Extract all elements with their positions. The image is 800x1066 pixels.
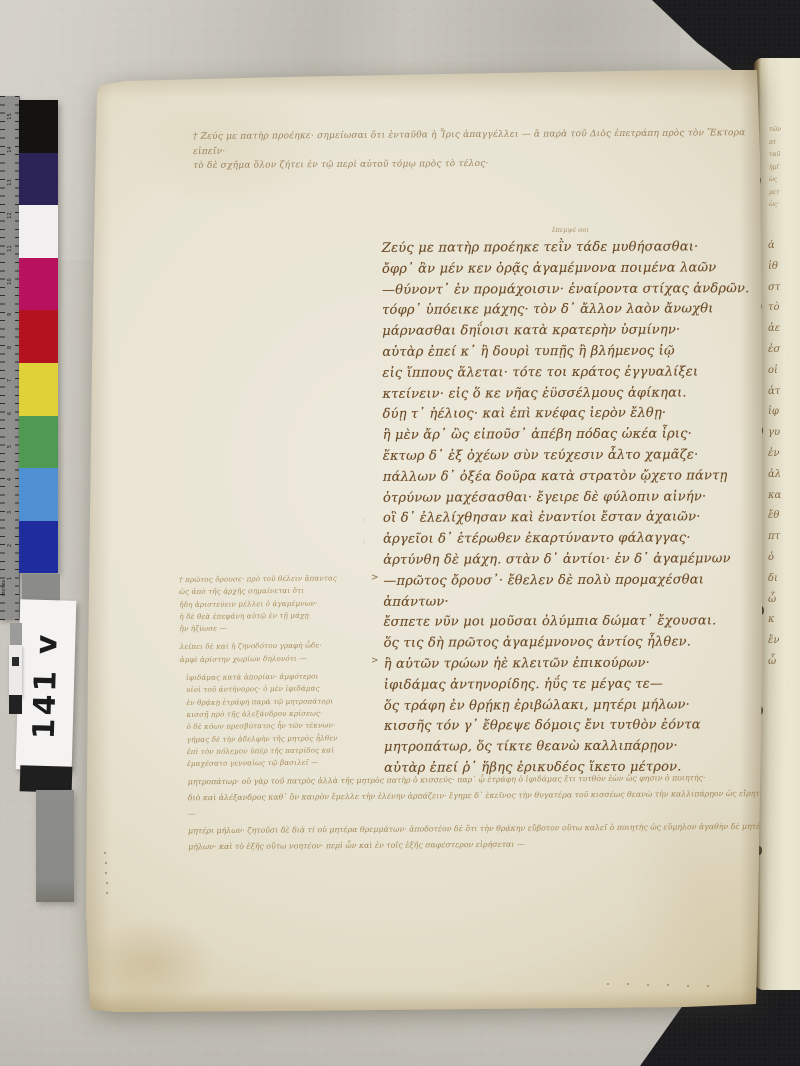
line-fragment: ὧ (768, 590, 781, 611)
folio-label: 141 v (16, 599, 77, 770)
interlinear-gloss: ἔπεμψέ σοι (552, 226, 589, 234)
verse-line: ὄφρ᾽ ἂν μέν κεν ὁρᾷς ἀγαμέμνονα ποιμένα … (382, 258, 754, 280)
facing-page-scholia-fragments: τῶνπτταῦἡμῖὡςμετὡς· (769, 124, 781, 212)
line-fragment: ἔθ (768, 506, 781, 527)
color-patch (19, 363, 58, 416)
scholion-line: ἐμαχέσατο γενναίως τῷ βασιλεῖ — (187, 756, 381, 770)
line-fragment: πτ (768, 527, 781, 548)
line-fragment: ἐσ (768, 340, 781, 361)
line-fragment: ἰθ (768, 257, 781, 278)
parchment-stain (86, 918, 216, 1008)
verse-line: —θύνοντ᾽ ἐν προμάχοισιν· ἐναίροντα στίχα… (382, 279, 754, 301)
label-clip-mark (12, 657, 19, 666)
verse-line: ἀργεῖοι δ᾽ ἑτέρωθεν ἐκαρτύναντο φάλαγγας… (383, 528, 755, 550)
line-fragment: τὸ (768, 298, 781, 319)
photographic-ruler: 151413121110987654321 inches (0, 96, 20, 620)
page-edge-shadow (84, 68, 114, 1016)
verse-line: τόφρ᾽ ὑπόεικε μάχης· τὸν δ᾽ ἄλλον λαὸν ἄ… (382, 300, 754, 322)
manuscript-photograph: { "photo": { "folio_label": "141 v", "ru… (0, 0, 800, 1066)
label-clip-tip (9, 695, 22, 714)
line-fragment: ἰφ (768, 402, 781, 423)
verse-line: κισσῆς τόν γ᾽ ἔθρεψε δόμοις ἔνι τυτθὸν ἐ… (384, 716, 756, 738)
facing-page-line-fragments: ἀἰθσττὸἀεἐσοἱἀτἰφγυἐνἀλκαἔθπτὀδιὧκἔνὦ (768, 236, 781, 673)
verse-line: ἀρτύνθη δὲ μάχη. στὰν δ᾽ ἀντίοι· ἐν δ᾽ ἀ… (383, 549, 755, 571)
pricking-dot (667, 984, 669, 986)
line-fragment: δι (768, 569, 781, 590)
label-stick-lower (36, 790, 74, 902)
pricking-dot (104, 852, 106, 854)
main-text-iliad: Ζεύς με πατὴρ προέηκε τεῒν τάδε μυθήσασθ… (382, 237, 756, 779)
color-patch (19, 153, 58, 206)
line-fragment: ἀτ (768, 382, 781, 403)
label-black-band (20, 765, 73, 792)
verse-line: ὅς τράφη ἐν θρῄκῃ ἐριβώλακι, μητέρι μήλω… (384, 695, 756, 717)
header-line-1: † Ζεύς με πατὴρ προέηκε· σημείωσαι ὅτι ἐ… (193, 126, 759, 159)
line-fragment: ἔν (768, 631, 781, 652)
line-fragment: κα (768, 486, 781, 507)
pricking-dot (607, 983, 609, 985)
header-line-2: τὸ δὲ σχῆμα ὅλον ζήτει ἐν τῷ περὶ αὐτοῦ … (193, 155, 759, 173)
margin-collation-mark: : (363, 537, 365, 545)
verse-line: ἢ αὐτῶν τρώων ἠὲ κλειτῶν ἐπικούρων· (384, 653, 756, 675)
pricking-dot (627, 983, 629, 985)
color-calibration-bar (19, 100, 58, 573)
line-fragment: ἀλ (768, 465, 781, 486)
ruler-unit-label: inches (1, 580, 7, 596)
scholion-block-3: ἰφιδάμας κατὰ ἀπορίαν· ἀμφότεροιυἱοὶ τοῦ… (180, 670, 381, 770)
scholion-block-2: λείπει δὲ καὶ ἡ ζηνοδότου γραφὴ ὧδε·ἀμφὶ… (180, 639, 380, 666)
scholion-fragment: ταῦ (769, 149, 781, 162)
verse-line: ἣ μὲν ἄρ᾽ ὣς εἰποῦσ᾽ ἀπέβη πόδας ὠκέα ἶρ… (383, 424, 755, 446)
pricking-dot (647, 984, 649, 986)
pricking-dot (106, 882, 108, 884)
color-patch (19, 100, 58, 153)
folio-number: 141 v (27, 631, 65, 740)
ruler-numbers: 151413121110987654321 (4, 100, 15, 596)
header-annotation: † Ζεύς με πατὴρ προέηκε· σημείωσαι ὅτι ἐ… (193, 126, 759, 173)
line-fragment: στ (768, 278, 781, 299)
scholion-fragment: ἡμῖ (769, 162, 781, 175)
line-fragment: γυ (768, 423, 781, 444)
verse-line: αὐτὰρ ἐπεί κ᾽ ἢ δουρὶ τυπῇς ἢ βλήμενος ἰ… (382, 341, 754, 363)
line-fragment: ὦ (768, 652, 781, 673)
verse-line: ὅς τις δὴ πρῶτος ἀγαμέμνονος ἀντίος ἦλθε… (384, 632, 756, 654)
pricking-dot (106, 892, 108, 894)
line-fragment: ὀ (768, 548, 781, 569)
scholion-fragment: μετ (769, 187, 781, 200)
verse-line: κτείνειν· εἰς ὅ κε νῆας ἐϋσσέλμους ἀφίκη… (382, 383, 754, 405)
pricking-dot (707, 985, 709, 987)
parchment: † Ζεύς με πατὴρ προέηκε· σημείωσαι ὅτι ἐ… (84, 68, 762, 1016)
color-patch (19, 521, 58, 574)
verse-line: ἔσπετε νῦν μοι μοῦσαι ὀλύμπια δώματ᾽ ἔχο… (383, 612, 755, 634)
color-patch (19, 468, 58, 521)
verse-line: μητροπάτωρ, ὅς τίκτε θεανὼ καλλιπάρῃον· (384, 736, 756, 758)
margin-collation-mark: : (363, 516, 365, 524)
verse-line: δύῃ τ᾽ ἠέλιος· καὶ ἐπὶ κνέφας ἱερὸν ἔλθῃ… (383, 404, 755, 426)
pricking-dot (687, 985, 689, 987)
verse-line: οἳ δ᾽ ἐλελίχθησαν καὶ ἐναντίοι ἔσταν ἀχα… (383, 508, 755, 530)
verse-line: ὀτρύνων μαχέσασθαι· ἔγειρε δὲ φύλοπιν αἰ… (383, 487, 755, 509)
scholion-block-1: † πρῶτος ὄρουσε· πρὸ τοῦ θέλειν ἅπανταςὡ… (179, 572, 380, 636)
label-clip (10, 623, 22, 647)
manuscript-page-141v: † Ζεύς με πατὴρ προέηκε· σημείωσαι ὅτι ἐ… (84, 68, 762, 1016)
scholion-line: ἣν ἠξίωσε — (179, 621, 379, 635)
line-fragment: ἀε (768, 319, 781, 340)
scholion-fragment: ὡς (769, 174, 781, 187)
color-patch (19, 258, 58, 311)
verse-line: μάρνασθαι δηΐοισι κατὰ κρατερὴν ὑσμίνην· (382, 320, 754, 342)
pricking-dot (105, 872, 107, 874)
verse-line: ἰφιδάμας ἀντηνορίδης. ἠΰς τε μέγας τε— (384, 674, 756, 696)
color-patch (19, 310, 58, 363)
color-patch (19, 416, 58, 469)
line-fragment: ἐν (768, 444, 781, 465)
label-clip (9, 645, 22, 697)
pricking-dot (105, 862, 107, 864)
verse-line: —πρῶτος ὄρουσ᾽· ἔθελεν δὲ πολὺ προμαχέσθ… (383, 570, 755, 613)
line-fragment: ἀ (768, 236, 781, 257)
line-fragment: οἱ (768, 361, 781, 382)
scholion-fragment: πτ (769, 137, 781, 150)
line-fragment: κ (768, 610, 781, 631)
scholion-line: ἀμφὶ ἀρίστην χωρίων δηλονότι — (180, 652, 380, 666)
verse-line: Ζεύς με πατὴρ προέηκε τεῒν τάδε μυθήσασθ… (382, 237, 754, 259)
left-margin-scholia: † πρῶτος ὄρουσε· πρὸ τοῦ θέλειν ἅπανταςὡ… (179, 572, 381, 777)
scholion-line: διὸ καὶ ἀλέξανδρος καθ᾽ ὃν καιρὸν ἔμελλε… (188, 786, 774, 823)
color-patch (19, 205, 58, 258)
scholion-fragment: ὡς· (769, 199, 781, 212)
scholion-fragment: τῶν (769, 124, 781, 137)
verse-line: εἰς ἵππους ἅλεται· τότε τοι κράτος ἐγγυα… (382, 362, 754, 384)
bottom-margin-scholia: μητροπάτωρ· οὐ γὰρ τοῦ πατρὸς ἀλλὰ τῆς μ… (188, 770, 775, 856)
verse-line: πάλλων δ᾽ ὀξέα δοῦρα κατὰ στρατὸν ᾤχετο … (383, 466, 755, 488)
verse-line: ἕκτωρ δ᾽ ἐξ ὀχέων σὺν τεύχεσιν ἆλτο χαμᾶ… (383, 445, 755, 467)
